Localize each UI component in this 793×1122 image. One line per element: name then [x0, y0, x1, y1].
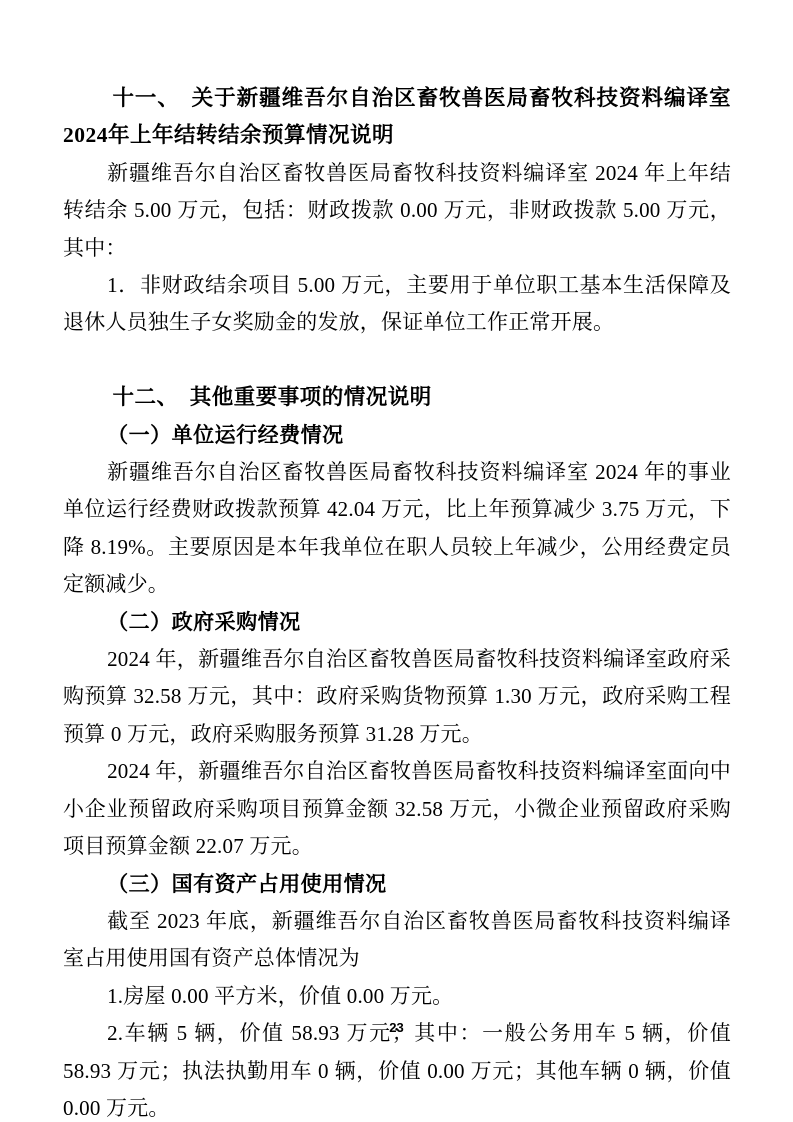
document-page: 十一、 关于新疆维吾尔自治区畜牧兽医局畜牧科技资料编译室2024年上年结转结余预…: [0, 0, 793, 1122]
section-11-paragraph-2: 1．非财政结余项目 5.00 万元，主要用于单位职工基本生活保障及退休人员独生子…: [63, 267, 731, 342]
subsection-2-paragraph-1: 2024 年，新疆维吾尔自治区畜牧兽医局畜牧科技资料编译室政府采购预算 32.5…: [63, 641, 731, 753]
subsection-2-paragraph-2: 2024 年，新疆维吾尔自治区畜牧兽医局畜牧科技资料编译室面向中小企业预留政府采…: [63, 753, 731, 865]
subsection-2-heading: （二）政府采购情况: [63, 604, 731, 641]
section-12-heading: 十二、 其他重要事项的情况说明: [63, 379, 731, 416]
section-11-paragraph-1: 新疆维吾尔自治区畜牧兽医局畜牧科技资料编译室 2024 年上年结转结余 5.00…: [63, 155, 731, 267]
subsection-3-paragraph-1: 截至 2023 年底，新疆维吾尔自治区畜牧兽医局畜牧科技资料编译室占用使用国有资…: [63, 903, 731, 978]
section-11-heading: 十一、 关于新疆维吾尔自治区畜牧兽医局畜牧科技资料编译室2024年上年结转结余预…: [63, 80, 731, 155]
subsection-1-heading: （一）单位运行经费情况: [63, 417, 731, 454]
subsection-3-paragraph-2: 1.房屋 0.00 平方米，价值 0.00 万元。: [63, 978, 731, 1015]
page-number: 23: [0, 1020, 793, 1035]
subsection-3-heading: （三）国有资产占用使用情况: [63, 866, 731, 903]
subsection-1-paragraph-1: 新疆维吾尔自治区畜牧兽医局畜牧科技资料编译室 2024 年的事业单位运行经费财政…: [63, 454, 731, 604]
